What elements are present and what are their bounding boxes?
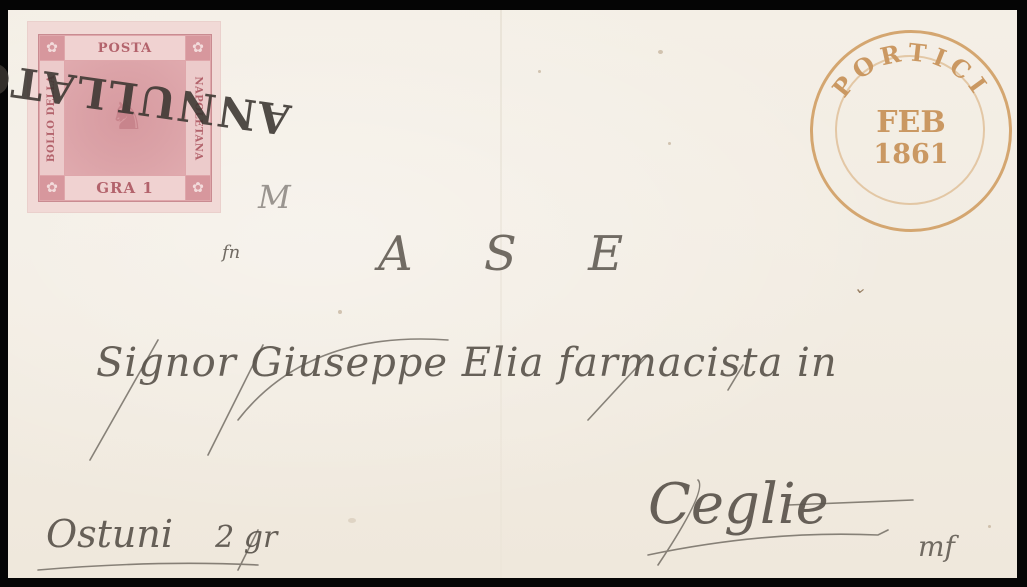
pen-flourishes [8,10,1017,578]
postal-cover: ♞ POSTA GRA 1 BOLLO DELLA NAPOLETANA ✿ ✿… [8,10,1017,578]
